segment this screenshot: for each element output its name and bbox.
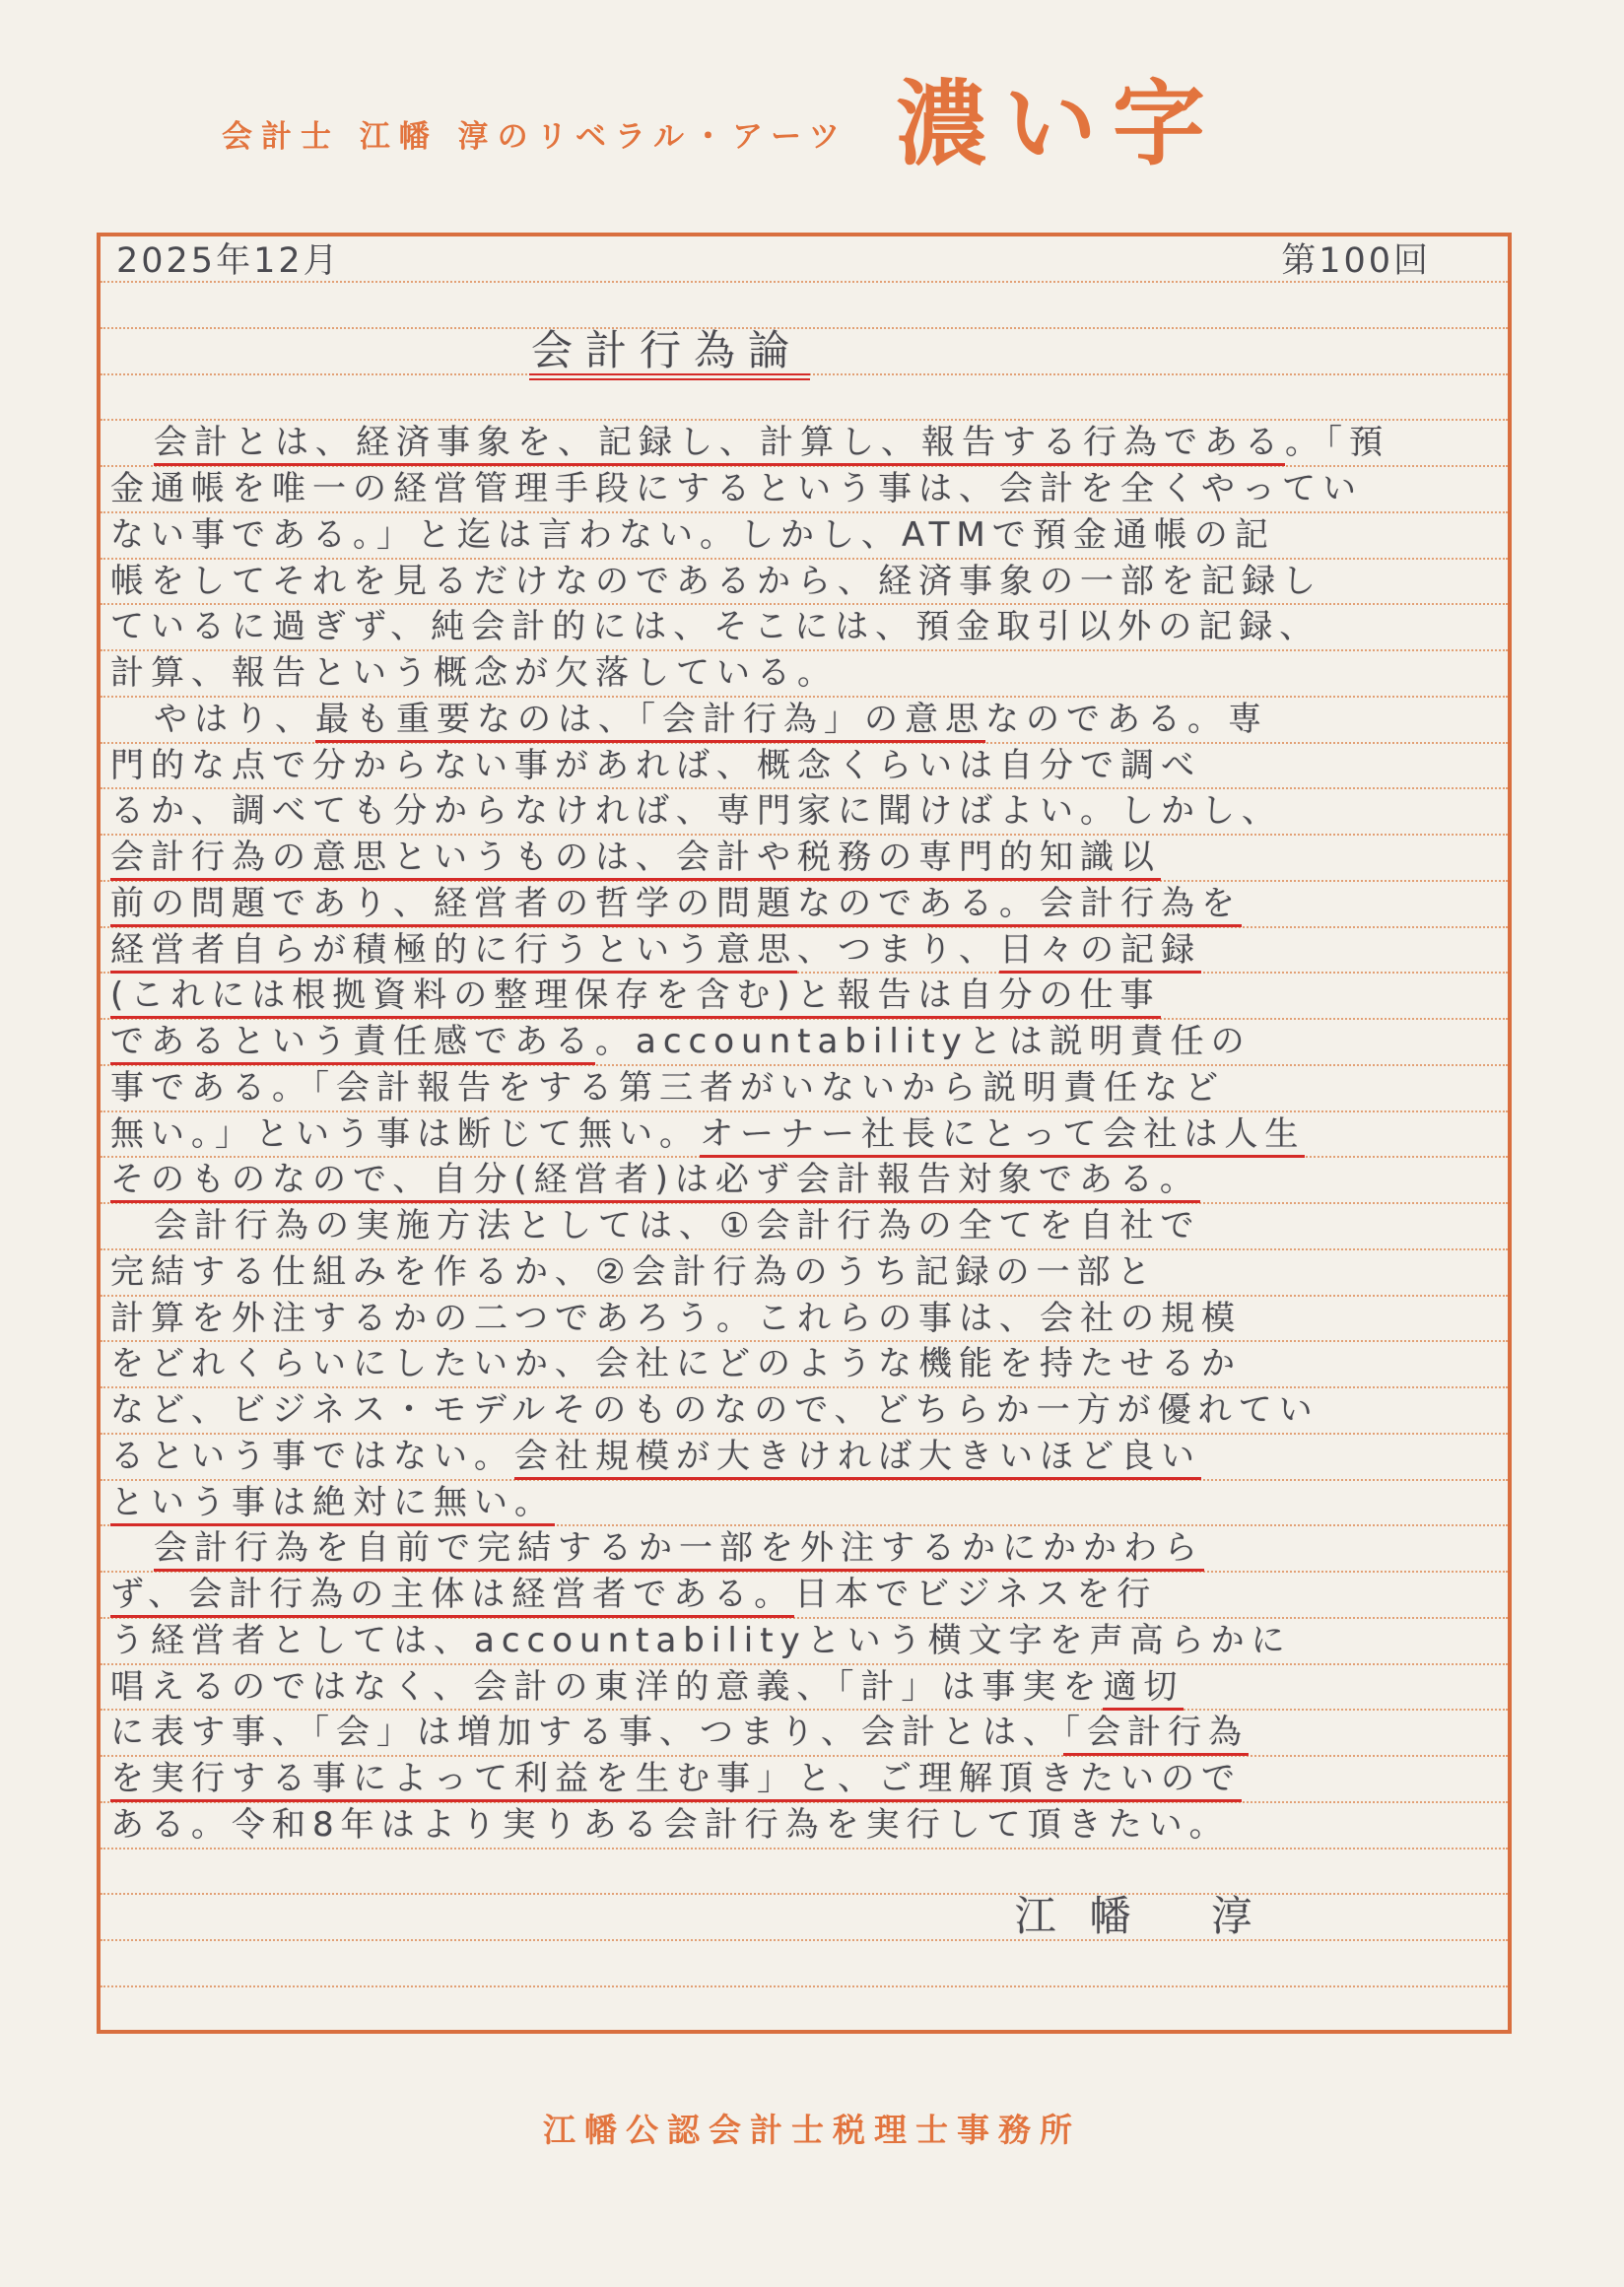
red-underlined-text: 経営者自らが積極的に行うという意思 [110, 930, 797, 974]
text-segment: をどれくらいにしたいか、会社にどのような機能を持たせるか [110, 1344, 1242, 1383]
red-underlined-text: 最も重要なのは、「会計行為」の意思 [315, 700, 985, 743]
red-underlined-text: であるという責任感である [110, 1022, 595, 1065]
text-segment: 事である。「会計報告をする第三者がいないから説明責任など [110, 1068, 1225, 1108]
text-segment: 門的な点で分からない事があれば、概念くらいは自分で調べ [110, 746, 1201, 785]
handwritten-line: 唱えるのではなく、会計の東洋的意義、「計」は事実を適切 [101, 1665, 1508, 1712]
ruled-row [101, 1941, 1508, 1987]
text-segment: う経営者としては、accountabilityという横文字を声高らかに [110, 1621, 1292, 1660]
ruled-row [101, 1850, 1508, 1896]
red-underlined-text: 会計行為の意思というものは、会計や税務の専門的知識以 [110, 838, 1161, 881]
red-underlined-text: オーナー社長にとって会社は人生 [700, 1114, 1305, 1158]
handwritten-line: るか、調べても分からなければ、専門家に聞けばよい。しかし、 [101, 789, 1508, 836]
text-segment: 金通帳を唯一の経営管理手段にするという事は、会計を全くやってい [110, 469, 1363, 508]
red-underlined-text: (これには根拠資料の整理保存を含む)と報告は自分の仕事 [110, 975, 1161, 1019]
handwritten-line: ある。令和8年はより実りある会計行為を実行して頂きたい。 [101, 1803, 1508, 1850]
handwritten-line: 金通帳を唯一の経営管理手段にするという事は、会計を全くやってい [101, 467, 1508, 513]
handwritten-line: 会計行為の実施方法としては、①会計行為の全てを自社で [101, 1204, 1508, 1250]
handwritten-line: 会計行為の意思というものは、会計や税務の専門的知識以 [101, 836, 1508, 882]
red-underlined-text: 会計行為を自前で完結するか一部を外注するかにかかわら [154, 1528, 1204, 1572]
ruled-writing-sheet: 2025年12月 第100回 会計行為論会計とは、経済事象を、記録し、計算し、報… [97, 233, 1512, 2034]
newsletter-title: 濃い字 [896, 79, 1221, 171]
ruled-row [101, 375, 1508, 422]
handwritten-line: 会計行為を自前で完結するか一部を外注するかにかかわら [101, 1526, 1508, 1573]
text-segment: 計算、報告という概念が欠落している。 [110, 653, 838, 693]
ruled-row [101, 1987, 1508, 2034]
text-segment: ているに過ぎず、純会計的には、そこには、預金取引以外の記録、 [110, 607, 1319, 646]
text-segment: 、つまり、 [797, 930, 999, 970]
text-segment: 完結する仕組みを作るか、②会計行為のうち記録の一部と [110, 1252, 1157, 1292]
title-row: 会計行為論 [101, 329, 1508, 375]
red-underlined-text: を実行する事によって利益を生む事」と、ご理解頂きたいので [110, 1759, 1242, 1802]
handwritten-line: (これには根拠資料の整理保存を含む)と報告は自分の仕事 [101, 974, 1508, 1020]
text-segment: 日本でビジネスを行 [794, 1575, 1157, 1614]
author-signature: 江幡 淳 [1015, 1892, 1286, 1940]
handwritten-line: やはり、最も重要なのは、「会計行為」の意思なのである。専 [101, 698, 1508, 744]
text-segment: るか、調べても分からなければ、専門家に聞けばよい。しかし、 [110, 791, 1282, 831]
handwritten-line: ず、会計行為の主体は経営者である。日本でビジネスを行 [101, 1573, 1508, 1619]
handwritten-line: ているに過ぎず、純会計的には、そこには、預金取引以外の記録、 [101, 605, 1508, 651]
text-segment: 帳をしてそれを見るだけなのであるから、経済事象の一部を記録し [110, 562, 1322, 601]
handwritten-line: う経営者としては、accountabilityという横文字を声高らかに [101, 1619, 1508, 1665]
text-segment: るという事ではない。 [110, 1437, 514, 1476]
issue-header-row: 2025年12月 第100回 [101, 236, 1508, 283]
red-underlined-text: ず、会計行為の主体は経営者である。 [110, 1575, 794, 1618]
red-underlined-text: という事は絶対に無い。 [110, 1483, 555, 1526]
handwritten-line: という事は絶対に無い。 [101, 1481, 1508, 1527]
handwritten-line: 事である。「会計報告をする第三者がいないから説明責任など [101, 1066, 1508, 1112]
issue-number: 第100回 [1281, 234, 1431, 283]
text-segment: なのである。専 [985, 700, 1268, 739]
text-segment: 計算を外注するかの二つであろう。これらの事は、会社の規模 [110, 1299, 1242, 1338]
handwritten-line: など、ビジネス・モデルそのものなので、どちらか一方が優れてい [101, 1388, 1508, 1435]
text-segment: 。「預 [1285, 423, 1389, 462]
handwritten-line: 完結する仕組みを作るか、②会計行為のうち記録の一部と [101, 1250, 1508, 1297]
red-underlined-text: 「会計行為 [1063, 1713, 1249, 1756]
article-body: 会計行為論会計とは、経済事象を、記録し、計算し、報告する行為である。「預金通帳を… [101, 283, 1508, 2034]
red-underlined-text: そのものなので、自分(経営者)は必ず会計報告対象である。 [110, 1160, 1200, 1203]
handwritten-line: そのものなので、自分(経営者)は必ず会計報告対象である。 [101, 1158, 1508, 1204]
ruled-row [101, 283, 1508, 329]
handwritten-line: るという事ではない。会社規模が大きければ大きいほど良い [101, 1435, 1508, 1481]
handwritten-line: を実行する事によって利益を生む事」と、ご理解頂きたいので [101, 1757, 1508, 1803]
red-underlined-text: 会社規模が大きければ大きいほど良い [514, 1437, 1201, 1480]
red-underlined-text: 日々の記録 [999, 930, 1201, 974]
red-underlined-text: 適切 [1103, 1667, 1184, 1711]
handwritten-line: に表す事、「会」は増加する事、つまり、会計とは、「会計行為 [101, 1711, 1508, 1757]
issue-date: 2025年12月 [116, 234, 341, 283]
handwritten-line: 無い。」という事は断じて無い。オーナー社長にとって会社は人生 [101, 1112, 1508, 1159]
text-segment: など、ビジネス・モデルそのものなので、どちらか一方が優れてい [110, 1390, 1319, 1430]
handwritten-line: 前の問題であり、経営者の哲学の問題なのである。会計行為を [101, 882, 1508, 928]
text-segment: 唱えるのではなく、会計の東洋的意義、「計」は事実を [110, 1667, 1103, 1707]
text-segment: 会計行為の実施方法としては、①会計行為の全てを自社で [154, 1206, 1200, 1245]
scanned-newsletter-page: 会計士 江幡 淳のリベラル・アーツ 濃い字 2025年12月 第100回 会計行… [0, 0, 1624, 2287]
text-segment: 。accountabilityとは説明責任の [595, 1022, 1252, 1061]
masthead: 会計士 江幡 淳のリベラル・アーツ 濃い字 [222, 79, 1221, 171]
signature-row: 江幡 淳 [101, 1895, 1508, 1941]
handwritten-line: ない事である。」と迄は言わない。しかし、ATMで預金通帳の記 [101, 513, 1508, 560]
text-segment: ない事である。」と迄は言わない。しかし、ATMで預金通帳の記 [110, 515, 1275, 555]
red-underlined-text: 会計とは、経済事象を、記録し、計算し、報告する行為である [154, 423, 1285, 466]
text-segment: に表す事、「会」は増加する事、つまり、会計とは、 [110, 1713, 1063, 1752]
handwritten-line: 会計とは、経済事象を、記録し、計算し、報告する行為である。「預 [101, 421, 1508, 467]
text-segment: 無い。」という事は断じて無い。 [110, 1114, 700, 1154]
handwritten-line: 帳をしてそれを見るだけなのであるから、経済事象の一部を記録し [101, 560, 1508, 606]
text-segment: やはり、 [154, 700, 315, 739]
red-underlined-text: 前の問題であり、経営者の哲学の問題なのである。会計行為を [110, 884, 1242, 927]
handwritten-line: 計算を外注するかの二つであろう。これらの事は、会社の規模 [101, 1297, 1508, 1343]
handwritten-line: であるという責任感である。accountabilityとは説明責任の [101, 1020, 1508, 1066]
office-name: 江幡公認会計士税理士事務所 [0, 2105, 1624, 2151]
handwritten-line: をどれくらいにしたいか、会社にどのような機能を持たせるか [101, 1342, 1508, 1388]
text-segment: ある。令和8年はより実りある会計行為を実行して頂きたい。 [110, 1805, 1230, 1845]
article-title: 会計行為論 [529, 329, 810, 380]
series-title: 会計士 江幡 淳のリベラル・アーツ [222, 111, 848, 156]
handwritten-line: 計算、報告という概念が欠落している。 [101, 651, 1508, 698]
handwritten-line: 門的な点で分からない事があれば、概念くらいは自分で調べ [101, 744, 1508, 790]
handwritten-line: 経営者自らが積極的に行うという意思、つまり、日々の記録 [101, 928, 1508, 975]
